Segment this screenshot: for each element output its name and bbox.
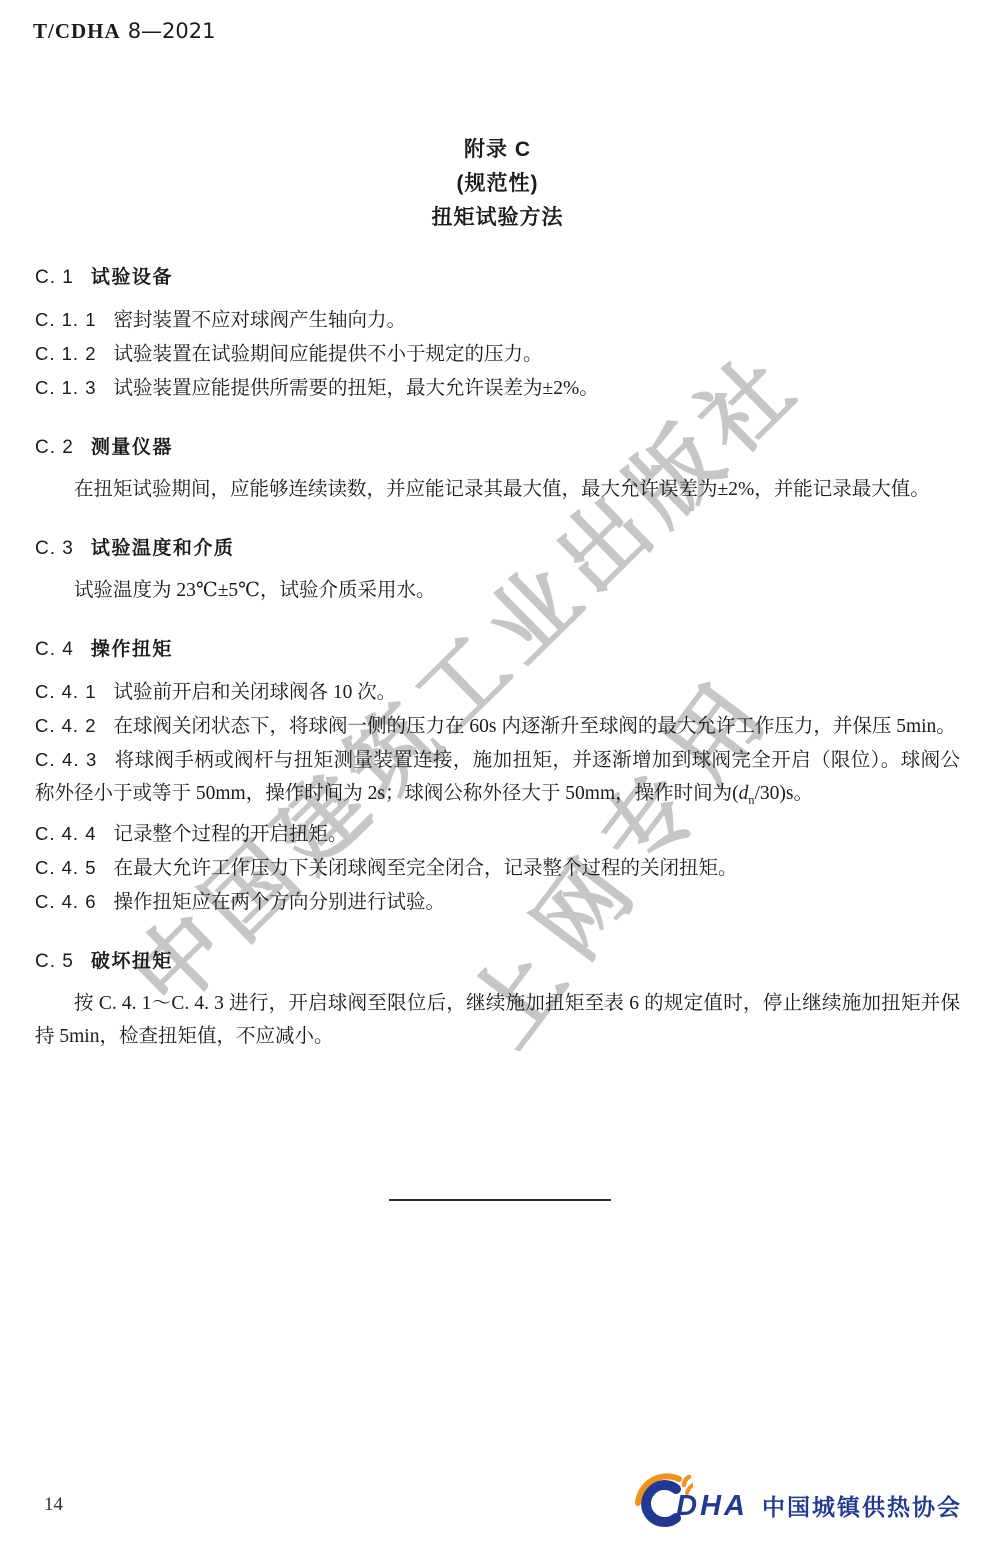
document-page: 中国建筑工业出版社 上网专用 T/CDHA8—2021 附录 C (规范性) 扭… bbox=[0, 0, 1000, 1554]
section-heading-c4: C. 4操作扭矩 bbox=[35, 634, 960, 661]
clause-text: 记录整个过程的开启扭矩。 bbox=[114, 824, 348, 845]
clause-number: C. 4. 4 bbox=[35, 823, 97, 844]
appendix-subject: 扭矩试验方法 bbox=[35, 201, 960, 235]
clause-c12: C. 1. 2试验装置在试验期间应能提供不小于规定的压力。 bbox=[35, 337, 960, 371]
clause-text: 试验装置在试验期间应能提供不小于规定的压力。 bbox=[114, 344, 543, 365]
clause-text: 在球阀关闭状态下，将球阀一侧的压力在 60s 内逐渐升至球阀的最大允许工作压力，… bbox=[114, 716, 956, 737]
clause-c13: C. 1. 3试验装置应能提供所需要的扭矩，最大允许误差为±2%。 bbox=[35, 371, 960, 405]
clause-number: C. 1. 1 bbox=[35, 309, 97, 330]
section-title: 破坏扭矩 bbox=[91, 951, 173, 972]
paragraph-c5: 按 C. 4. 1～C. 4. 3 进行，开启球阀至限位后，继续施加扭矩至表 6… bbox=[35, 987, 960, 1053]
section-heading-c1: C. 1试验设备 bbox=[35, 262, 960, 289]
clause-c41: C. 4. 1试验前开启和关闭球阀各 10 次。 bbox=[35, 675, 960, 709]
clause-text: 试验前开启和关闭球阀各 10 次。 bbox=[114, 682, 397, 703]
clause-number: C. 4. 1 bbox=[35, 681, 97, 702]
association-logo: DHA 中国城镇供热协会 bbox=[629, 1472, 962, 1532]
section-number: C. 1 bbox=[35, 267, 74, 288]
clause-text: 试验装置应能提供所需要的扭矩，最大允许误差为±2%。 bbox=[114, 378, 599, 399]
clause-text: 密封装置不应对球阀产生轴向力。 bbox=[114, 310, 407, 331]
clause-number: C. 1. 2 bbox=[35, 343, 97, 364]
appendix-normative-label: (规范性) bbox=[35, 167, 960, 201]
section-number: C. 5 bbox=[35, 951, 74, 972]
logo-c-swoosh bbox=[646, 1485, 676, 1522]
paragraph-c3: 试验温度为 23℃±5℃，试验介质采用水。 bbox=[35, 574, 960, 607]
section-title: 测量仪器 bbox=[91, 437, 173, 458]
logo-orange-tick-1 bbox=[684, 1477, 689, 1485]
clause-c43: C. 4. 3将球阀手柄或阀杆与扭矩测量装置连接，施加扭矩，并逐渐增加到球阀完全… bbox=[35, 743, 960, 817]
page-number: 14 bbox=[44, 1494, 63, 1516]
section-heading-c3: C. 3试验温度和介质 bbox=[35, 533, 960, 560]
paragraph-c2: 在扭矩试验期间，应能够连续读数，并应能记录其最大值，最大允许误差为±2%，并能记… bbox=[35, 473, 960, 506]
section-heading-c2: C. 2测量仪器 bbox=[35, 432, 960, 459]
formula-close: /30)s。 bbox=[754, 783, 813, 804]
section-number: C. 2 bbox=[35, 437, 74, 458]
document-body: 附录 C (规范性) 扭矩试验方法 C. 1试验设备 C. 1. 1密封装置不应… bbox=[35, 133, 960, 1053]
association-name: 中国城镇供热协会 bbox=[762, 1489, 962, 1522]
clause-c42: C. 4. 2在球阀关闭状态下，将球阀一侧的压力在 60s 内逐渐升至球阀的最大… bbox=[35, 709, 960, 743]
clause-text: 将球阀手柄或阀杆与扭矩测量装置连接，施加扭矩，并逐渐增加到球阀完全开启（限位）。… bbox=[35, 750, 960, 804]
section-heading-c5: C. 5破坏扭矩 bbox=[35, 946, 960, 973]
clause-number: C. 1. 3 bbox=[35, 377, 97, 398]
section-title: 试验设备 bbox=[91, 267, 173, 288]
standard-code: 8—2021 bbox=[128, 19, 216, 43]
clause-number: C. 4. 6 bbox=[35, 891, 97, 912]
logo-acronym: DHA bbox=[676, 1490, 748, 1523]
clause-c11: C. 1. 1密封装置不应对球阀产生轴向力。 bbox=[35, 303, 960, 337]
section-title: 操作扭矩 bbox=[91, 639, 173, 660]
clause-number: C. 4. 2 bbox=[35, 715, 97, 736]
clause-number: C. 4. 3 bbox=[35, 749, 97, 770]
standard-prefix: T/CDHA bbox=[33, 19, 121, 43]
section-title: 试验温度和介质 bbox=[91, 538, 235, 559]
appendix-title-block: 附录 C (规范性) 扭矩试验方法 bbox=[35, 133, 960, 235]
clause-text: 操作扭矩应在两个方向分别进行试验。 bbox=[114, 892, 446, 913]
formula-variable: d bbox=[739, 783, 749, 804]
standard-number-header: T/CDHA8—2021 bbox=[33, 18, 216, 44]
section-number: C. 3 bbox=[35, 538, 74, 559]
clause-text: 在最大允许工作压力下关闭球阀至完全闭合，记录整个过程的关闭扭矩。 bbox=[114, 858, 738, 879]
clause-c46: C. 4. 6操作扭矩应在两个方向分别进行试验。 bbox=[35, 885, 960, 919]
appendix-title: 附录 C bbox=[35, 133, 960, 167]
clause-c44: C. 4. 4记录整个过程的开启扭矩。 bbox=[35, 817, 960, 851]
clause-c45: C. 4. 5在最大允许工作压力下关闭球阀至完全闭合，记录整个过程的关闭扭矩。 bbox=[35, 851, 960, 885]
section-divider bbox=[389, 1199, 611, 1201]
section-number: C. 4 bbox=[35, 639, 74, 660]
formula-dn-over-30: (dn/30)s。 bbox=[732, 783, 813, 804]
clause-number: C. 4. 5 bbox=[35, 857, 97, 878]
